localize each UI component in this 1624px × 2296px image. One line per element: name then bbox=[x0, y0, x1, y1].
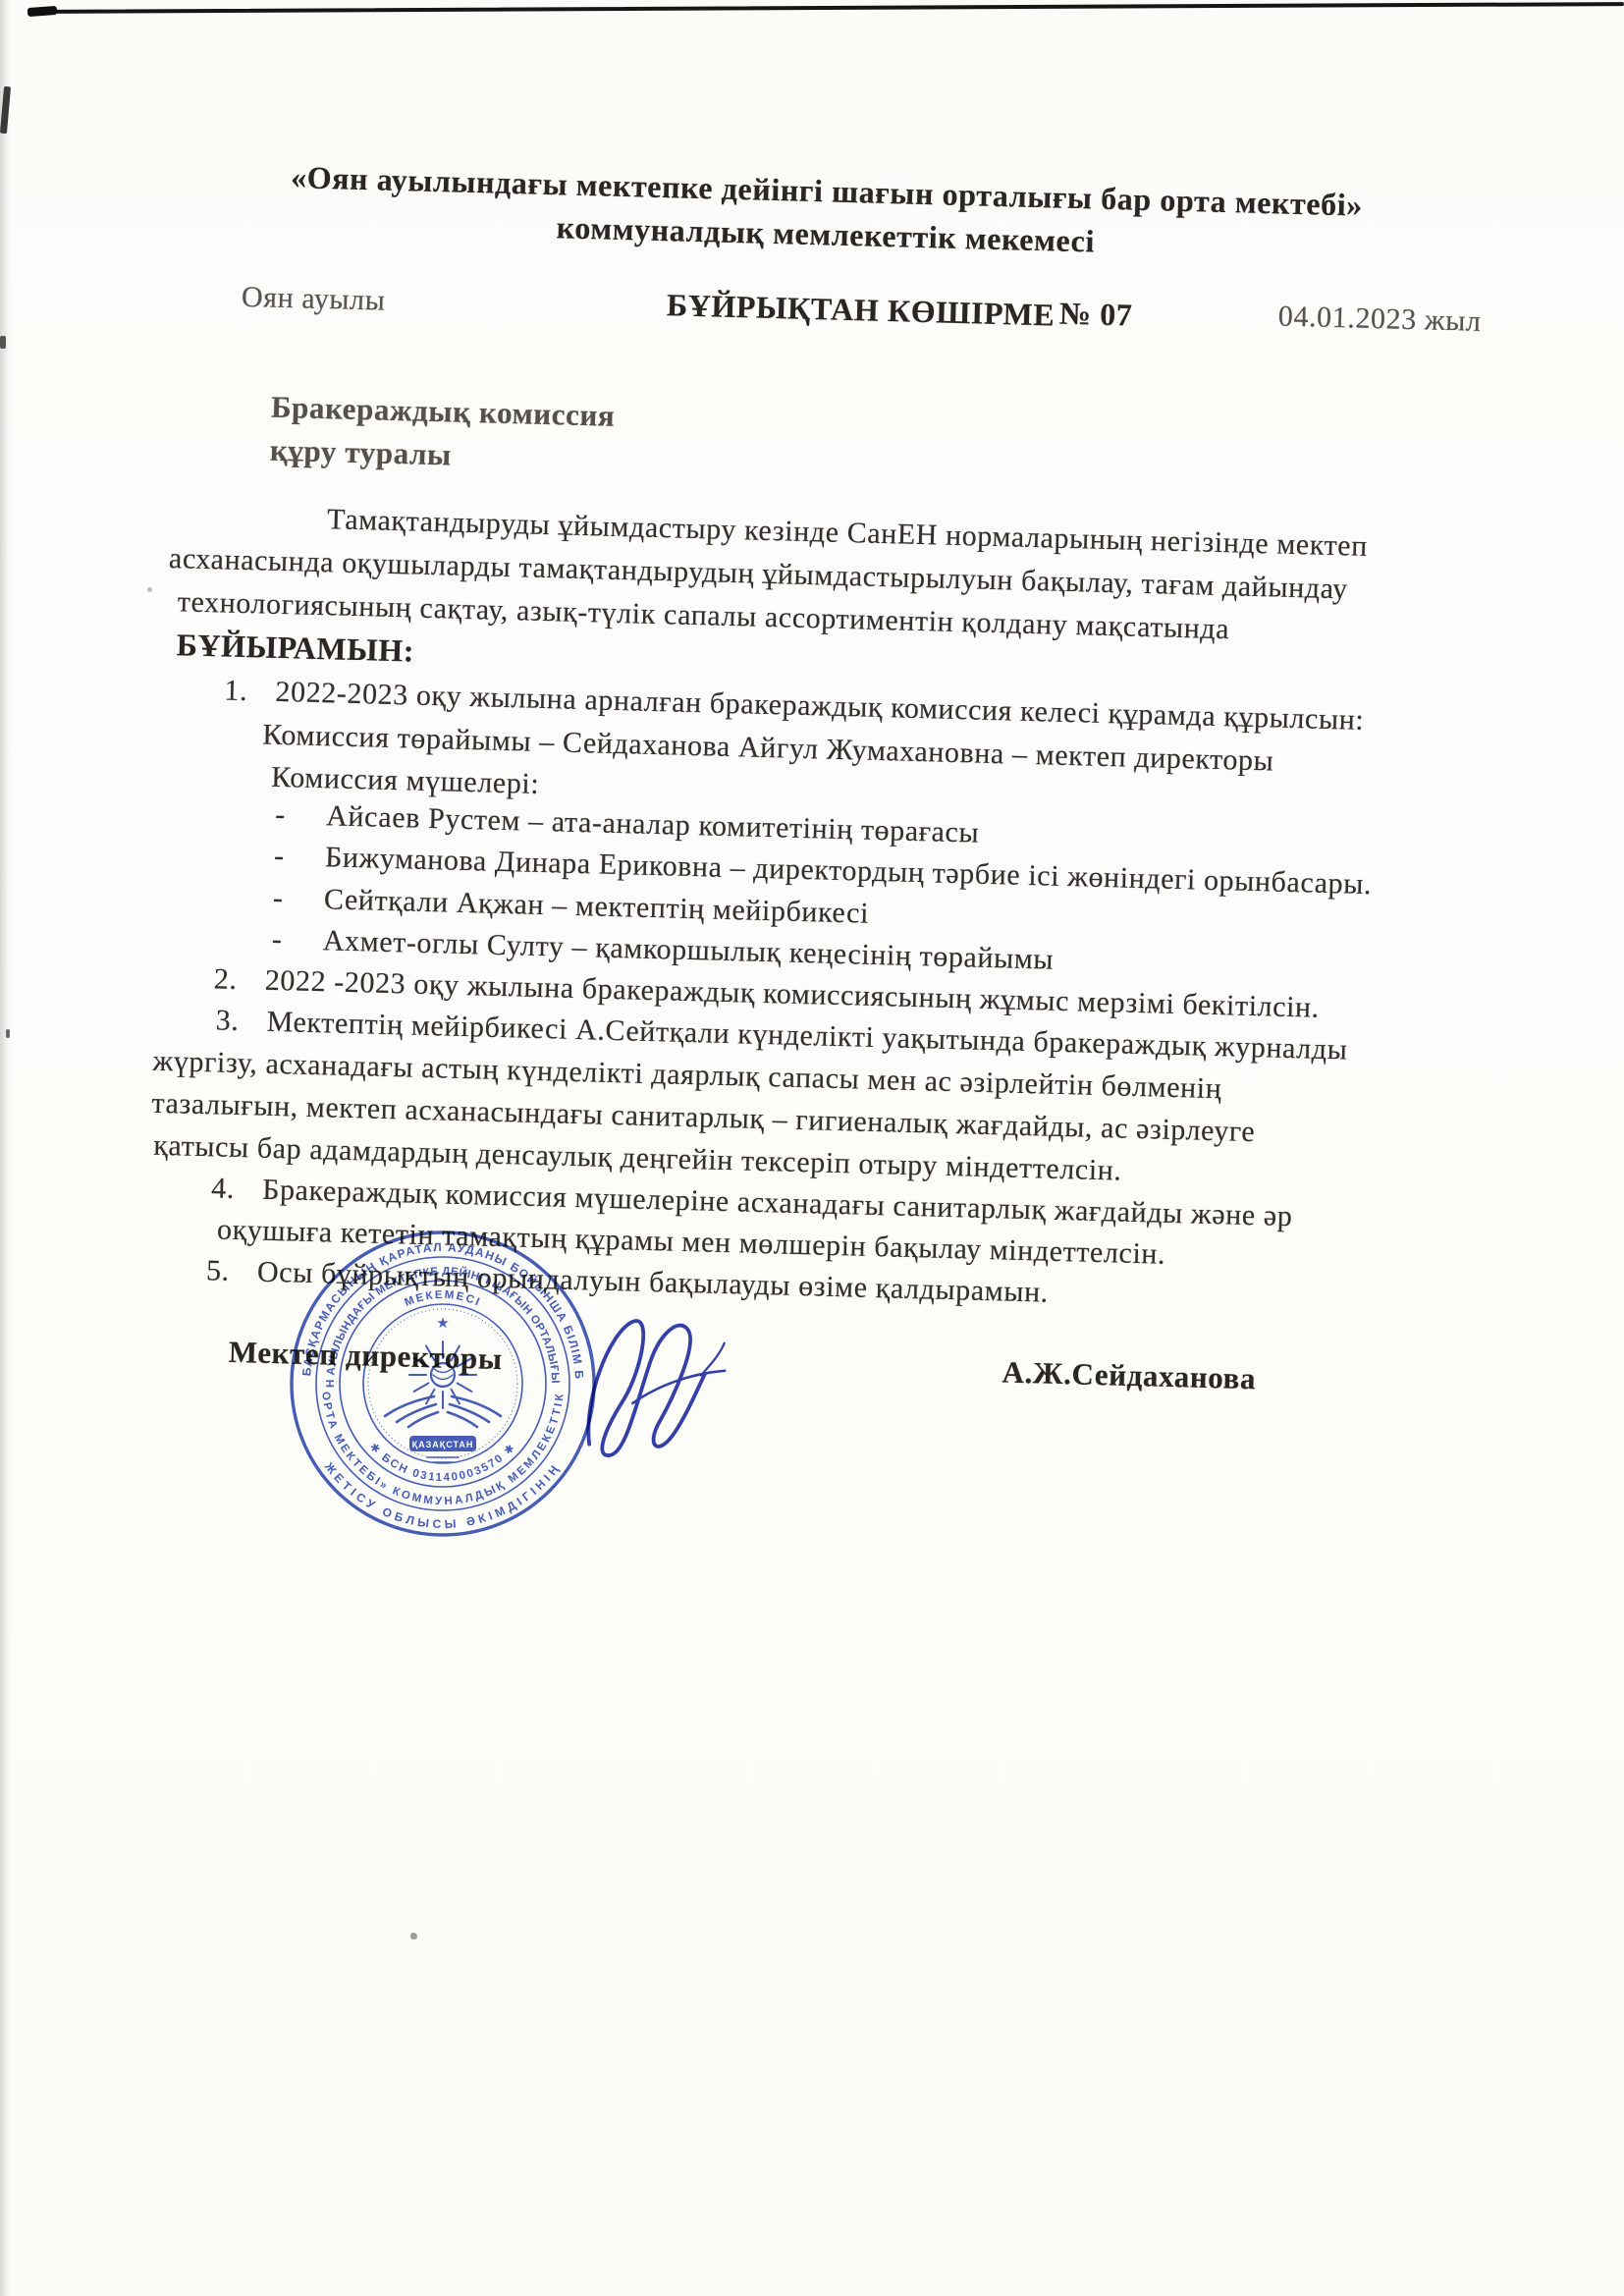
item-number: 3. bbox=[215, 1002, 267, 1040]
item-number: 5. bbox=[206, 1252, 258, 1290]
left-edge-mark-artifact bbox=[0, 336, 6, 349]
left-edge-mark-artifact bbox=[6, 1029, 10, 1038]
dust-speck-artifact bbox=[410, 1933, 417, 1940]
item-number: 1. bbox=[224, 673, 276, 711]
item-number: 4. bbox=[211, 1170, 263, 1208]
emblem-country-label: ҚАЗАҚСТАН bbox=[412, 1440, 474, 1449]
place-label: Оян ауылы bbox=[242, 279, 386, 320]
document-number: № 07 bbox=[1058, 295, 1133, 334]
resolve-word: БҰЙЫРАМЫН: bbox=[176, 626, 414, 669]
dash-bullet: - bbox=[273, 880, 325, 918]
signer-name: А.Ж.Сейдаханова bbox=[1001, 1353, 1256, 1397]
official-round-seal: БІЛІМ БАСҚАРМАСЫНЫҢ ҚАРАТАЛ АУДАНЫ БОЙЫН… bbox=[287, 1228, 599, 1540]
seal-outer-border bbox=[292, 1232, 594, 1535]
dash-bullet: - bbox=[274, 838, 326, 876]
scan-blob-artifact bbox=[27, 6, 58, 17]
document-type: БҰЙРЫҚТАН КӨШІРМЕ bbox=[666, 286, 1055, 333]
subject-line-2: құру туралы bbox=[269, 432, 452, 474]
emblem-star-icon: ★ bbox=[436, 1315, 449, 1332]
left-edge-mark-artifact bbox=[0, 86, 11, 134]
subject-line-1: Бракераждық комиссия bbox=[271, 389, 616, 435]
seal-inner-ring-text-top: МЕКЕМЕСІ bbox=[403, 1289, 482, 1309]
seal-coat-of-arms: ★ bbox=[385, 1315, 501, 1462]
seal-ring-border bbox=[340, 1281, 546, 1487]
dash-bullet: - bbox=[275, 796, 327, 835]
document-date: 04.01.2023 жыл bbox=[1277, 298, 1482, 340]
handwritten-signature bbox=[550, 1250, 758, 1496]
scan-edge-line-artifact bbox=[27, 2, 1624, 14]
emblem-sun-rays-icon bbox=[409, 1341, 476, 1408]
dust-speck-artifact bbox=[147, 587, 152, 592]
item-number: 2. bbox=[213, 960, 265, 999]
svg-text:МЕКЕМЕСІ: МЕКЕМЕСІ bbox=[403, 1289, 482, 1309]
scanned-order-document: «Оян ауылындағы мектепке дейінгі шағын о… bbox=[0, 0, 1624, 2296]
dash-bullet: - bbox=[271, 921, 323, 959]
member-text: Сейтқали Ақжан – мектептің мейірбикесі bbox=[324, 883, 870, 930]
